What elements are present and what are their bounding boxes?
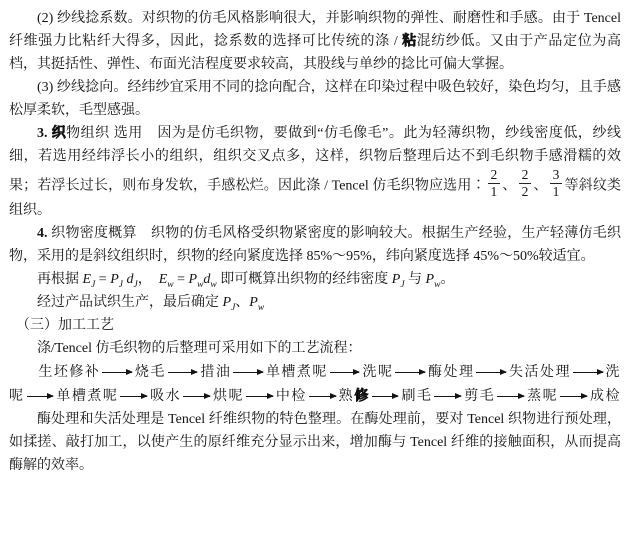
- flow-arrow-icon: [120, 396, 147, 397]
- latin-text: Tencel: [168, 412, 205, 427]
- latin-text: Tencel: [332, 178, 369, 193]
- para-enzyme-treatment: 酶处理和失活处理是 Tencel 纤维织物的特色整理。在酶处理前，要对 Tenc…: [9, 408, 621, 477]
- flow-arrow-icon: [330, 372, 360, 373]
- flow-step: 成检: [590, 385, 621, 408]
- flow-arrow-icon: [372, 396, 399, 397]
- para-twist-direction: (3) 纱线捻向。经纬纱宜采用不同的捻向配合，这样在印染过程中吸色较好，染色均匀…: [9, 76, 621, 122]
- process-flow-diagram: 生坯修补烧毛措油单槽煮呢洗呢酶处理失活处理洗呢单槽煮呢吸水烘呢中检熟修刷毛剪毛蒸…: [9, 360, 621, 408]
- flow-step: 洗呢: [362, 361, 393, 384]
- flow-row: 生坯修补烧毛措油单槽煮呢洗呢酶处理失活处理洗: [9, 360, 621, 384]
- flow-step: 熟修: [339, 385, 370, 408]
- flow-step: 酶处理: [428, 361, 475, 384]
- flow-arrow-icon: [560, 396, 587, 397]
- latin-text: Tencel: [410, 435, 447, 450]
- flow-step: 失活处理: [509, 361, 571, 384]
- flow-step: 生坯修补: [38, 361, 100, 384]
- latin-text: Tencel: [467, 412, 504, 427]
- flow-step: 呢: [9, 385, 25, 408]
- flow-arrow-icon: [497, 396, 524, 397]
- flow-arrow-icon: [573, 372, 603, 373]
- latin-text: 45%～50%: [473, 249, 538, 264]
- flow-step: 刷毛: [401, 385, 432, 408]
- formula: PJ、Pw: [223, 295, 265, 310]
- flow-step: 单槽煮呢: [266, 361, 328, 384]
- flow-arrow-icon: [102, 372, 132, 373]
- smudged-character: 粘: [402, 34, 417, 49]
- flow-arrow-icon: [434, 396, 461, 397]
- twill-fraction: 21: [488, 168, 501, 199]
- flow-arrow-icon: [27, 396, 54, 397]
- flow-step: 蒸呢: [527, 385, 558, 408]
- flow-step: 吸水: [150, 385, 181, 408]
- latin-text: Tencel: [55, 341, 92, 356]
- flow-step: 中检: [276, 385, 307, 408]
- flow-step: 烧毛: [135, 361, 166, 384]
- flow-arrow-icon: [246, 396, 273, 397]
- latin-text: Tencel: [584, 11, 621, 26]
- document-content: (2) 纱线捻系数。对织物的仿毛风格影响很大，并影响织物的弹性、耐磨性和手感。由…: [9, 7, 621, 477]
- document-page: (2) 纱线捻系数。对织物的仿毛风格影响很大，并影响织物的弹性、耐磨性和手感。由…: [0, 0, 630, 536]
- para-trial-production: 经过产品试织生产，最后确定 PJ、Pw: [9, 291, 621, 314]
- flow-arrow-icon: [168, 372, 198, 373]
- flow-row: 呢单槽煮呢吸水烘呢中检熟修刷毛剪毛蒸呢成检: [9, 384, 621, 408]
- para-twist-coefficient: (2) 纱线捻系数。对织物的仿毛风格影响很大，并影响织物的弹性、耐磨性和手感。由…: [9, 7, 621, 76]
- flow-step: 洗: [606, 361, 622, 384]
- flow-step: 烘呢: [213, 385, 244, 408]
- flow-arrow-icon: [183, 396, 210, 397]
- formula: PJ: [392, 272, 405, 287]
- section-number: 3.: [37, 126, 52, 141]
- twill-fraction: 31: [550, 168, 563, 199]
- smudged-character: 织: [52, 126, 67, 141]
- flow-step: 措油: [200, 361, 231, 384]
- flow-step: 剪毛: [464, 385, 495, 408]
- twill-fraction: 22: [519, 168, 532, 199]
- para-density-formula: 再根据 EJ = PJ dJ， Ew = Pwdw 即可概算出织物的经纬密度 P…: [9, 268, 621, 291]
- flow-arrow-icon: [476, 372, 506, 373]
- latin-text: 85%～95%: [307, 249, 372, 264]
- flow-arrow-icon: [395, 372, 425, 373]
- heading-processing-technology: （三）加工工艺: [9, 314, 621, 337]
- smudged-character: 修: [354, 389, 370, 404]
- para-fabric-weave-selection: 3. 织物组织 选用 因为是仿毛织物，要做到“仿毛像毛”。此为轻薄织物，纱线密度…: [9, 122, 621, 222]
- flow-arrow-icon: [233, 372, 263, 373]
- section-number: 4.: [37, 226, 51, 241]
- para-fabric-density-estimation: 4. 织物密度概算 织物的仿毛风格受织物紧密度的影响较大。根据生产经验，生产轻薄…: [9, 222, 621, 268]
- flow-step: 单槽煮呢: [56, 385, 118, 408]
- formula: Pw: [426, 272, 441, 287]
- flow-arrow-icon: [309, 396, 336, 397]
- para-flow-intro: 涤/Tencel 仿毛织物的后整理可采用如下的工艺流程：: [9, 337, 621, 360]
- formula: EJ = PJ dJ， Ew = Pwdw: [83, 272, 217, 287]
